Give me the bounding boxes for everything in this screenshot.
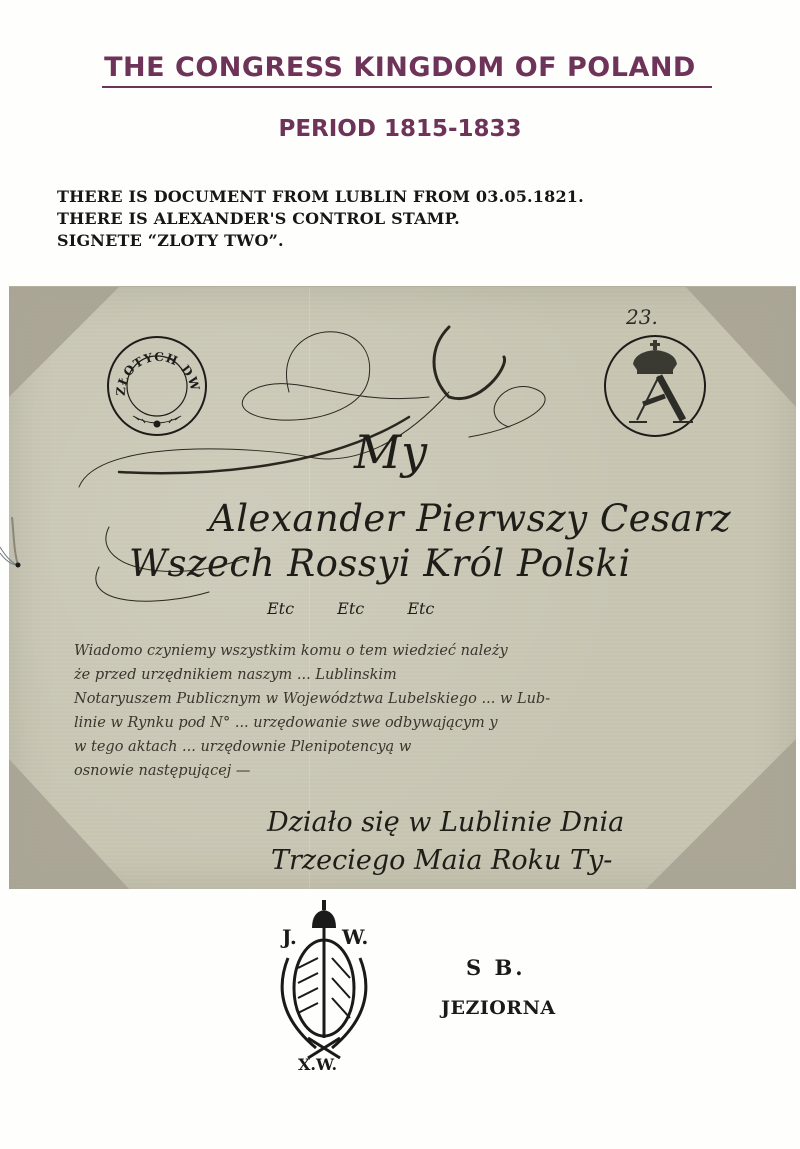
body-line: osnowie następującej — <box>74 759 754 783</box>
historic-document: 23. ZŁOTYCH DWA My Alexand <box>9 286 796 889</box>
sovereign-title-line: Wszech Rossyi Król Polski <box>129 542 631 585</box>
zloty-dwa-signet-stamp: ZŁOTYCH DWA <box>105 334 209 438</box>
sovereign-title-line: Alexander Pierwszy Cesarz <box>209 497 731 540</box>
period-subtitle: PERIOD 1815-1833 <box>0 116 800 142</box>
watermark-mark-jeziorna: JEZIORNA <box>441 997 556 1019</box>
page-title: THE CONGRESS KINGDOM OF POLAND <box>0 52 800 83</box>
description-line: THERE IS ALEXANDER'S CONTROL STAMP. <box>57 208 584 230</box>
closing-line: Trzeciego Maia Roku Ty- <box>271 845 612 876</box>
body-line: Wiadomo czyniemy wszystkim komu o tem wi… <box>74 639 754 663</box>
document-number: 23. <box>626 305 658 329</box>
title-underline <box>102 86 712 88</box>
watermark-mark-sb: S B. <box>466 955 526 980</box>
body-line: że przed urzędnikiem naszym ... Lublinsk… <box>74 663 754 687</box>
svg-text:ZŁOTYCH DWA: ZŁOTYCH DWA <box>105 334 202 396</box>
crown-icon <box>312 910 336 928</box>
jw-coat-of-arms-watermark: J.W. X.W. <box>268 898 380 1076</box>
etc-line: Etc Etc Etc <box>267 599 434 618</box>
document-heading: My <box>354 425 427 479</box>
closing-line: Działo się w Lublinie Dnia <box>267 807 624 838</box>
body-line: linie w Rynku pod N° ... urzędowanie swe… <box>74 711 754 735</box>
body-line: w tego aktach ... urzędownie Plenipotenc… <box>74 735 754 759</box>
binding-thread-icon <box>0 517 30 577</box>
description-block: THERE IS DOCUMENT FROM LUBLIN FROM 03.05… <box>57 186 584 252</box>
document-body: Wiadomo czyniemy wszystkim komu o tem wi… <box>74 639 754 783</box>
alexander-control-stamp <box>603 334 707 438</box>
svg-text:X.W.: X.W. <box>298 1055 337 1074</box>
wreath-icon <box>133 416 181 427</box>
letter-a-monogram <box>629 376 693 422</box>
body-line: Notaryuszem Publicznym w Województwa Lub… <box>74 687 754 711</box>
description-line: SIGNETE “ZLOTY TWO”. <box>57 230 584 252</box>
description-line: THERE IS DOCUMENT FROM LUBLIN FROM 03.05… <box>57 186 584 208</box>
crown-icon <box>633 340 677 374</box>
